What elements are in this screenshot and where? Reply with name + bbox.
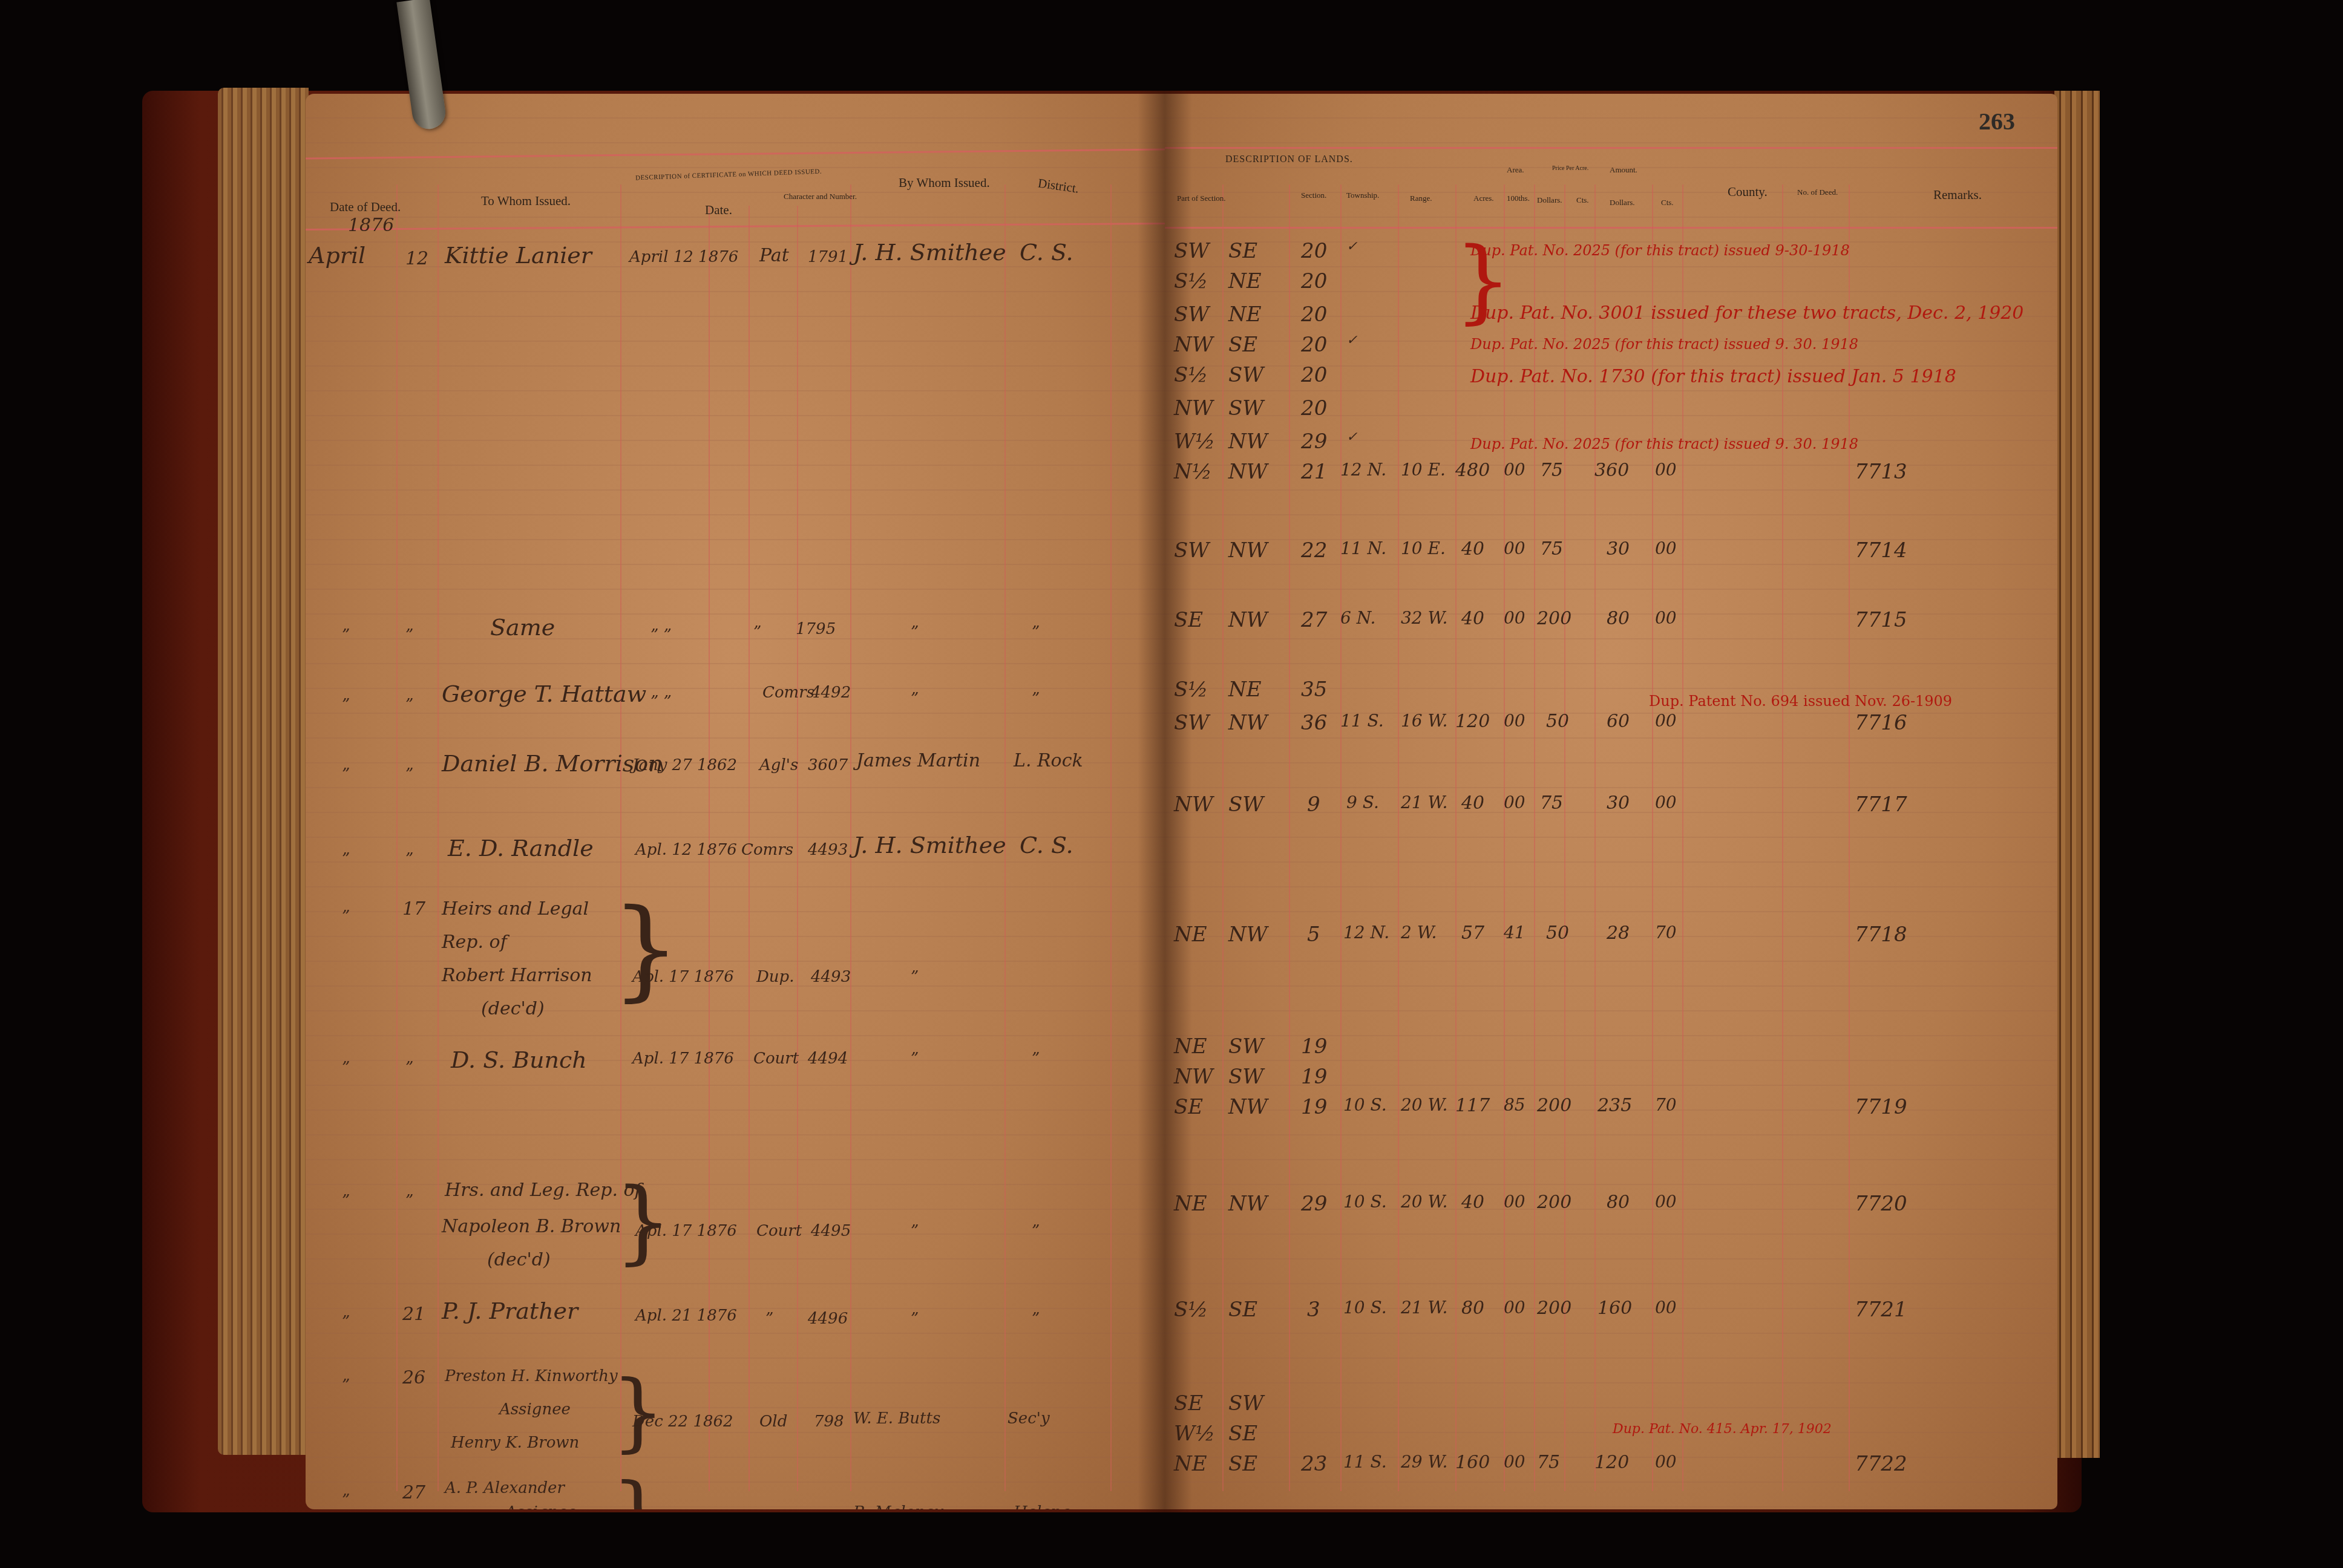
col-divider — [1222, 185, 1224, 1491]
year-heading: 1876 — [348, 215, 394, 236]
land-range: 29 W. — [1401, 1452, 1447, 1472]
land-quarter: NW — [1228, 1192, 1268, 1216]
entry-day: 27 — [402, 1482, 425, 1503]
header-cert-date: Date. — [705, 203, 732, 218]
land-amount-cts: 00 — [1655, 1452, 1677, 1472]
land-range: 10 E. — [1401, 460, 1446, 480]
land-price: 50 — [1546, 923, 1569, 944]
land-section: 35 — [1301, 678, 1327, 702]
entry-cert-date: Apl. 17 1876 — [632, 968, 734, 986]
land-acres-cts: 00 — [1504, 1298, 1525, 1318]
header-county: County. — [1728, 185, 1768, 200]
land-acres: 40 — [1461, 792, 1484, 814]
entry-character: Agl's — [759, 756, 798, 774]
entry-name: P. J. Prather — [442, 1298, 578, 1324]
entry-cert-date: Dec 22 1862 — [632, 1413, 733, 1431]
entry-cert-date: April 12 1876 — [629, 248, 738, 266]
entry-name-line: A. P. Alexander — [445, 1479, 565, 1497]
land-amount-cts: 70 — [1655, 923, 1677, 942]
land-acres: 40 — [1461, 538, 1484, 560]
land-township: 6 N. — [1340, 608, 1375, 628]
red-annotation: Dup. Pat. No. 3001 issued for these two … — [1470, 302, 2023, 324]
land-range: 21 W. — [1401, 792, 1447, 812]
entry-name-line: Preston H. Kinworthy — [445, 1367, 618, 1385]
land-acres: 480 — [1455, 460, 1490, 481]
col-divider — [620, 185, 621, 1491]
land-price: 50 — [1546, 711, 1569, 732]
land-part: NW — [1174, 396, 1213, 420]
entry-day: ” — [405, 626, 413, 644]
col-divider — [1398, 185, 1399, 1491]
land-part: NE — [1174, 1452, 1207, 1476]
land-quarter: SW — [1228, 396, 1263, 420]
land-price: 75 — [1540, 460, 1563, 481]
header-part-of-section: Part of Section. — [1177, 194, 1226, 203]
entry-day: 12 — [405, 248, 428, 269]
land-quarter: NW — [1228, 711, 1268, 735]
entry-month: ” — [342, 1491, 350, 1509]
entry-name-line: Robert Harrison — [442, 965, 592, 986]
land-acres: 57 — [1461, 923, 1484, 944]
land-quarter: NW — [1228, 430, 1268, 454]
entry-district: L. Rock — [1014, 750, 1083, 771]
land-amount-cts: 00 — [1655, 711, 1677, 731]
land-range: 32 W. — [1401, 608, 1447, 628]
entry-by-whom: ” — [911, 623, 919, 641]
land-amount: 30 — [1607, 792, 1630, 814]
land-section: 20 — [1301, 302, 1327, 327]
entry-by-whom: ” — [911, 1310, 919, 1328]
entry-character: Court — [756, 1222, 802, 1240]
land-part: SW — [1174, 538, 1209, 563]
entry-name-line: (dec'd) — [487, 1249, 551, 1270]
land-quarter: NE — [1228, 269, 1262, 293]
entry-district: ” — [1032, 690, 1040, 708]
entry-month: ” — [342, 850, 350, 868]
land-township: 12 N. — [1343, 923, 1389, 942]
land-township: 11 N. — [1340, 538, 1386, 558]
entry-name-line: Assignee — [505, 1503, 577, 1509]
header-rule-top — [1165, 147, 2057, 149]
entry-character: Court — [753, 1050, 799, 1068]
land-part: SE — [1174, 1095, 1203, 1119]
col-divider — [437, 185, 439, 1491]
header-hundredths: 100ths. — [1507, 194, 1530, 203]
land-section: 19 — [1301, 1034, 1327, 1059]
entry-character: Comrs — [741, 841, 793, 859]
land-amount-cts: 70 — [1655, 1095, 1677, 1115]
land-section: 20 — [1301, 239, 1327, 263]
land-amount: 30 — [1607, 538, 1630, 560]
entry-cert-date: Apl. 17 1876 — [632, 1050, 734, 1068]
ruled-lines — [306, 94, 1165, 1509]
header-amount-cents: Cts. — [1661, 198, 1674, 207]
deed-number: 7722 — [1855, 1452, 1907, 1476]
land-quarter: SW — [1228, 792, 1263, 817]
entry-day: ” — [405, 1059, 413, 1077]
check-mark: ✓ — [1346, 333, 1357, 348]
land-part: S½ — [1174, 363, 1208, 387]
entry-name-line: (dec'd) — [481, 998, 545, 1019]
entry-character: Dup. — [756, 968, 795, 986]
entry-cert-date: ” ” — [650, 693, 672, 711]
entry-by-whom: ” — [911, 1050, 919, 1068]
land-quarter: SW — [1228, 363, 1263, 387]
entry-number: 1795 — [796, 620, 836, 638]
entry-day: ” — [405, 765, 413, 783]
land-part: SW — [1174, 239, 1209, 263]
land-price: 75 — [1537, 1452, 1560, 1473]
entry-name-line: Heirs and Legal — [442, 898, 589, 920]
land-quarter: SE — [1228, 1422, 1257, 1446]
page-edges-right — [2054, 91, 2100, 1458]
land-quarter: NW — [1228, 538, 1268, 563]
bracket: } — [611, 1473, 665, 1509]
red-annotation: Dup. Pat. No. 415. Apr. 17, 1902 — [1613, 1422, 1832, 1437]
land-section: 23 — [1301, 1452, 1327, 1476]
entry-month: ” — [342, 1059, 350, 1077]
header-acres: Acres. — [1473, 194, 1494, 203]
land-acres-cts: 00 — [1504, 608, 1525, 628]
entry-month: ” — [342, 626, 350, 644]
land-range: 21 W. — [1401, 1298, 1447, 1318]
entry-by-whom: R. Maloney — [853, 1503, 943, 1509]
entry-by-whom: J. H. Smithee — [853, 832, 1006, 858]
entry-district: Helena — [1014, 1503, 1070, 1509]
land-amount: 80 — [1607, 1192, 1630, 1213]
entry-month: ” — [342, 696, 350, 714]
entry-district: C. S. — [1020, 239, 1073, 266]
entry-by-whom: ” — [911, 1222, 919, 1240]
land-part: S½ — [1174, 678, 1208, 702]
header-amount-dollars: Dollars. — [1610, 198, 1635, 207]
land-range: 16 W. — [1401, 711, 1447, 731]
entry-number: 4494 — [808, 1050, 848, 1068]
land-part: NW — [1174, 333, 1213, 357]
entry-district: ” — [1032, 1310, 1040, 1328]
page-edges-left — [218, 88, 309, 1455]
entry-character: Old — [759, 1413, 787, 1431]
header-cert-character-number: Character and Number. — [784, 192, 857, 201]
check-mark: ✓ — [1346, 239, 1357, 254]
land-part: SE — [1174, 1391, 1203, 1416]
entry-month: ” — [342, 1192, 350, 1210]
land-section: 22 — [1301, 538, 1327, 563]
land-township: 10 S. — [1343, 1298, 1387, 1318]
land-acres-cts: 85 — [1504, 1095, 1525, 1115]
entry-month: ” — [342, 765, 350, 783]
land-amount: 80 — [1607, 608, 1630, 629]
entry-by-whom: J. H. Smithee — [853, 239, 1006, 266]
red-annotation: Dup. Patent No. 694 issued Nov. 26-1909 — [1649, 693, 1952, 710]
header-range: Range. — [1410, 194, 1432, 203]
check-mark: ✓ — [1346, 430, 1357, 445]
land-acres-cts: 00 — [1504, 1452, 1525, 1472]
entry-day: 26 — [402, 1367, 425, 1388]
land-acres: 40 — [1461, 608, 1484, 629]
right-page: 263 DESCRIPTION OF LANDS. Part of Sectio… — [1165, 94, 2057, 1509]
red-annotation: Dup. Pat. No. 2025 (for this tract) issu… — [1470, 336, 1858, 353]
land-township: 10 S. — [1343, 1192, 1387, 1212]
land-amount-cts: 00 — [1655, 608, 1677, 628]
land-price: 200 — [1537, 608, 1571, 629]
entry-name-line: Napoleon B. Brown — [442, 1216, 621, 1237]
land-quarter: SW — [1228, 1034, 1263, 1059]
entry-name: E. D. Randle — [448, 835, 594, 861]
entry-name-line: Henry K. Brown — [451, 1434, 579, 1452]
land-township: 11 S. — [1340, 711, 1384, 731]
land-price: 200 — [1537, 1192, 1571, 1213]
land-quarter: NW — [1228, 460, 1268, 484]
land-acres: 160 — [1455, 1452, 1490, 1473]
entry-character: Pat — [759, 245, 789, 266]
land-section: 3 — [1307, 1298, 1320, 1322]
deed-number: 7719 — [1855, 1095, 1907, 1119]
entry-day: ” — [405, 850, 413, 868]
entry-name-line: Rep. of — [442, 932, 507, 953]
entry-number: 4495 — [811, 1222, 851, 1240]
land-acres-cts: 00 — [1504, 792, 1525, 812]
land-section: 29 — [1301, 1192, 1327, 1216]
land-section: 20 — [1301, 269, 1327, 293]
header-section: Section. — [1301, 191, 1326, 200]
land-amount-cts: 00 — [1655, 460, 1677, 480]
land-amount: 28 — [1607, 923, 1630, 944]
land-price: 75 — [1540, 538, 1563, 560]
entry-name-line: Assignee — [499, 1400, 571, 1419]
land-section: 21 — [1301, 460, 1327, 484]
land-township: 12 N. — [1340, 460, 1386, 480]
header-area: Area. — [1507, 165, 1524, 175]
land-township: 9 S. — [1346, 792, 1379, 812]
col-divider — [850, 185, 851, 1491]
land-acres-cts: 00 — [1504, 711, 1525, 731]
col-divider — [797, 206, 798, 1491]
land-acres-cts: 41 — [1504, 923, 1525, 942]
land-part: W½ — [1174, 430, 1215, 454]
entry-character: ” — [753, 623, 761, 641]
land-part: NE — [1174, 923, 1207, 947]
entry-character: Comrs — [762, 684, 814, 702]
land-price: 200 — [1537, 1298, 1571, 1319]
land-quarter: SE — [1228, 1452, 1257, 1476]
land-acres: 80 — [1461, 1298, 1484, 1319]
land-part: NE — [1174, 1192, 1207, 1216]
deed-number: 7716 — [1855, 711, 1907, 735]
header-to-whom-issued: To Whom Issued. — [481, 194, 571, 209]
land-range: 20 W. — [1401, 1192, 1447, 1212]
entry-name-line: Hrs. and Leg. Rep. of — [445, 1180, 641, 1201]
entry-number: 3607 — [808, 756, 848, 774]
land-part: N½ — [1174, 460, 1212, 484]
entry-month: April — [309, 242, 365, 269]
header-township: Township. — [1346, 191, 1379, 200]
entry-district: ” — [1032, 623, 1040, 641]
entry-by-whom: W. E. Butts — [853, 1410, 940, 1428]
land-section: 20 — [1301, 333, 1327, 357]
entry-name: Daniel B. Morrison — [442, 750, 663, 777]
land-price: 200 — [1537, 1095, 1571, 1116]
header-rule-bottom — [1165, 227, 2057, 229]
col-divider — [1110, 185, 1112, 1491]
land-part: SE — [1174, 608, 1203, 632]
bracket: } — [611, 895, 681, 1004]
entry-name: Same — [490, 614, 555, 641]
header-price-per-acre: Price Per Acre. — [1552, 165, 1588, 172]
entry-cert-date: Apl. 12 1876 — [635, 841, 737, 859]
entry-number: 4492 — [811, 684, 851, 702]
entry-month: ” — [342, 1313, 350, 1331]
land-quarter: NE — [1228, 302, 1262, 327]
land-amount-cts: 00 — [1655, 1192, 1677, 1212]
land-quarter: SW — [1228, 1065, 1263, 1089]
land-section: 19 — [1301, 1065, 1327, 1089]
land-amount-cts: 00 — [1655, 1298, 1677, 1318]
red-annotation: Dup. Pat. No. 2025 (for this tract) issu… — [1470, 242, 1850, 259]
left-page: Date of Deed. To Whom Issued. DESCRIPTIO… — [306, 94, 1165, 1509]
entry-number: 4493 — [808, 841, 848, 859]
land-acres-cts: 00 — [1504, 1192, 1525, 1212]
land-part: NW — [1174, 792, 1213, 817]
deed-number: 7721 — [1855, 1298, 1907, 1322]
header-description-of-lands: DESCRIPTION OF LANDS. — [1225, 154, 1353, 165]
land-section: 36 — [1301, 711, 1327, 735]
land-acres-cts: 00 — [1504, 538, 1525, 558]
land-quarter: SE — [1228, 1298, 1257, 1322]
entry-number: 4496 — [808, 1310, 848, 1328]
header-by-whom-issued: By Whom Issued. — [899, 175, 990, 191]
land-quarter: NW — [1228, 923, 1268, 947]
red-annotation: Dup. Pat. No. 2025 (for this tract) issu… — [1470, 436, 1858, 452]
land-amount: 235 — [1597, 1095, 1632, 1116]
land-section: 20 — [1301, 363, 1327, 387]
land-amount: 60 — [1607, 711, 1630, 732]
deed-number: 7720 — [1855, 1192, 1907, 1216]
land-quarter: SE — [1228, 239, 1257, 263]
land-part: NE — [1174, 1034, 1207, 1059]
entry-day: 21 — [402, 1304, 425, 1325]
page-number: 263 — [1979, 107, 2015, 136]
land-township: 10 S. — [1343, 1095, 1387, 1115]
entry-name: Kittie Lanier — [445, 242, 592, 269]
col-divider — [396, 185, 398, 1491]
entry-by-whom: ” — [911, 968, 919, 986]
deed-number: 7714 — [1855, 538, 1907, 563]
entry-cert-date: Apl. 17 1876 — [635, 1222, 737, 1240]
entry-month: ” — [342, 1376, 350, 1394]
land-amount: 360 — [1594, 460, 1629, 481]
entry-number: 4493 — [811, 968, 851, 986]
header-remarks: Remarks. — [1933, 188, 1982, 203]
deed-number: 7713 — [1855, 460, 1907, 484]
land-section: 5 — [1307, 923, 1320, 947]
col-divider — [1455, 185, 1457, 1491]
land-quarter: NW — [1228, 608, 1268, 632]
land-acres: 117 — [1455, 1095, 1490, 1116]
land-part: S½ — [1174, 1298, 1208, 1322]
red-annotation: Dup. Pat. No. 1730 (for this tract) issu… — [1470, 366, 1956, 387]
entry-day: ” — [405, 696, 413, 714]
entry-district: C. S. — [1020, 832, 1073, 858]
entry-cert-date: Apl. 21 1876 — [635, 1307, 737, 1325]
land-part: NW — [1174, 1065, 1213, 1089]
entry-cert-date: Jany 27 1862 — [632, 756, 737, 774]
land-part: SW — [1174, 302, 1209, 327]
land-section: 20 — [1301, 396, 1327, 420]
col-divider — [1289, 185, 1290, 1491]
header-price-dollars: Dollars. — [1537, 195, 1562, 205]
entry-cert-date: ” ” — [650, 626, 672, 644]
land-acres: 40 — [1461, 1192, 1484, 1213]
entry-district: Sec'y — [1008, 1410, 1050, 1428]
entry-by-whom: James Martin — [856, 750, 980, 771]
entry-month: ” — [342, 907, 350, 926]
land-quarter: NE — [1228, 678, 1262, 702]
land-amount-cts: 00 — [1655, 538, 1677, 558]
entry-number: 798 — [814, 1413, 844, 1431]
land-township: 11 S. — [1343, 1452, 1387, 1472]
col-divider — [1340, 185, 1342, 1491]
entry-day: ” — [405, 1192, 413, 1210]
deed-number: 7718 — [1855, 923, 1907, 947]
entry-number: 1791 — [808, 248, 848, 266]
entry-district: ” — [1032, 1050, 1040, 1068]
land-section: 19 — [1301, 1095, 1327, 1119]
entry-district: ” — [1032, 1222, 1040, 1240]
header-date-of-deed: Date of Deed. — [330, 200, 401, 215]
land-part: SW — [1174, 711, 1209, 735]
entry-by-whom: ” — [911, 690, 919, 708]
land-quarter: NW — [1228, 1095, 1268, 1119]
header-price-cents: Cts. — [1576, 195, 1589, 205]
land-section: 9 — [1307, 792, 1320, 817]
entry-name: George T. Hattaw — [442, 681, 646, 707]
header-amount: Amount. — [1610, 165, 1637, 175]
land-acres: 120 — [1455, 711, 1490, 732]
land-range: 10 E. — [1401, 538, 1446, 558]
land-section: 29 — [1301, 430, 1327, 454]
deed-number: 7715 — [1855, 608, 1907, 632]
land-part: W½ — [1174, 1422, 1215, 1446]
land-range: 20 W. — [1401, 1095, 1447, 1115]
land-section: 27 — [1301, 608, 1327, 632]
land-price: 75 — [1540, 792, 1563, 814]
land-amount: 120 — [1594, 1452, 1629, 1473]
land-amount: 160 — [1597, 1298, 1632, 1319]
entry-day: 17 — [402, 898, 425, 920]
land-quarter: SE — [1228, 333, 1257, 357]
land-quarter: SW — [1228, 1391, 1263, 1416]
land-range: 2 W. — [1401, 923, 1437, 942]
deed-number: 7717 — [1855, 792, 1907, 817]
land-acres-cts: 00 — [1504, 460, 1525, 480]
land-part: S½ — [1174, 269, 1208, 293]
entry-name: D. S. Bunch — [451, 1047, 587, 1073]
header-no-of-deed: No. of Deed. — [1797, 188, 1838, 197]
land-amount-cts: 00 — [1655, 792, 1677, 812]
entry-character: ” — [765, 1310, 773, 1328]
